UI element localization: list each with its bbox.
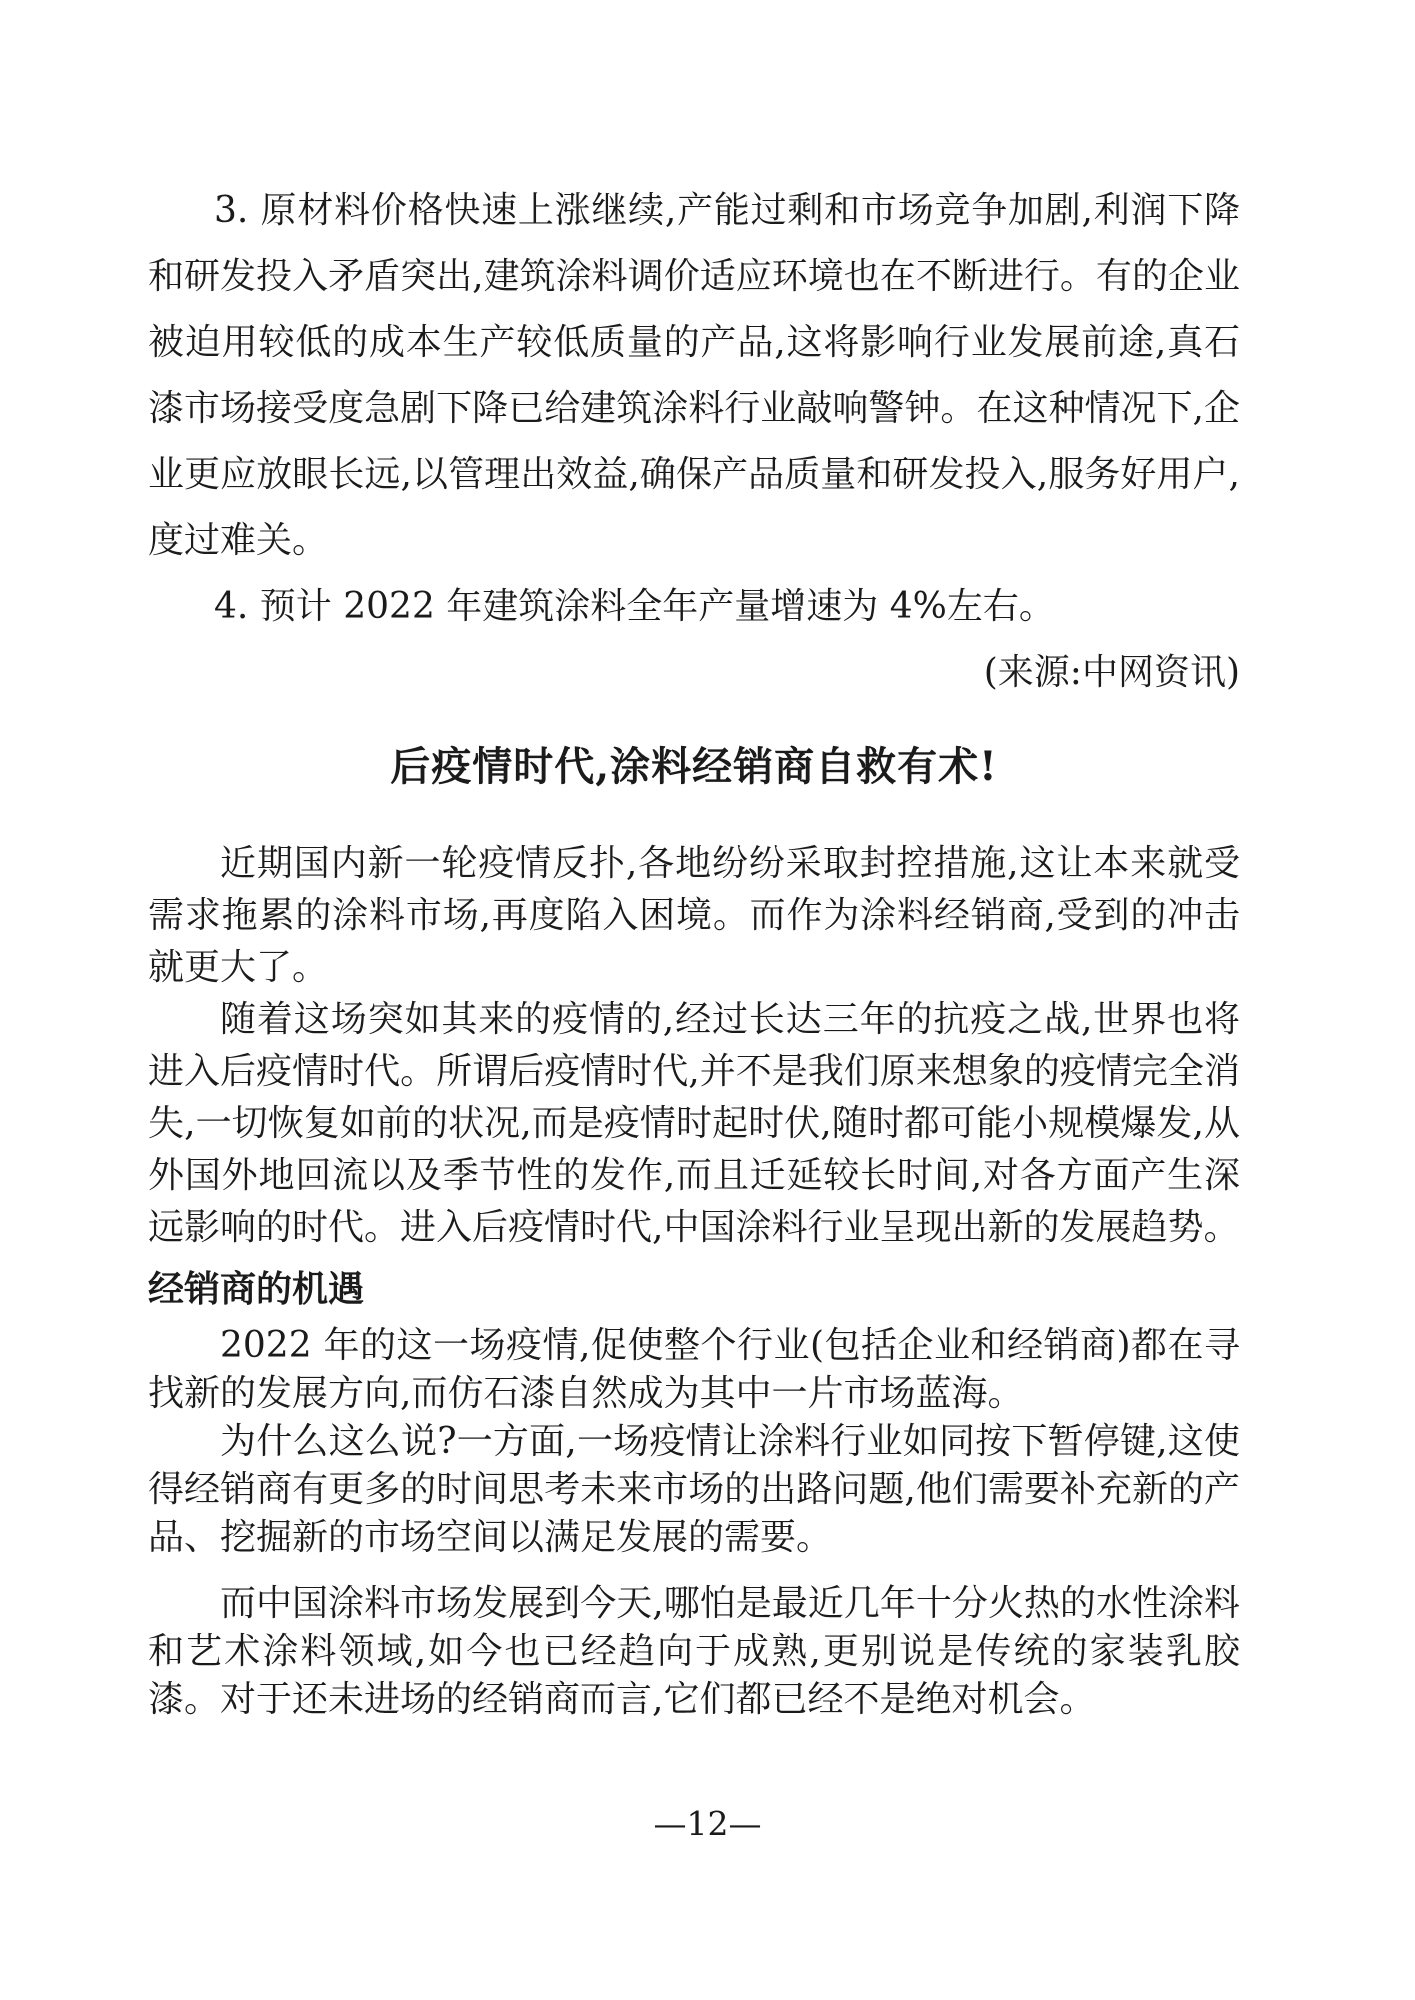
article-body-paragraph: 2022 年的这一场疫情,促使整个行业(包括企业和经销商)都在寻找新的发展方向,…	[148, 1322, 1240, 1418]
page-content: 3. 原材料价格快速上涨继续,产能过剩和市场竞争加剧,利润下降和研发投入矛盾突出…	[148, 178, 1240, 1724]
article-body-paragraph: 而中国涂料市场发展到今天,哪怕是最近几年十分火热的水性涂料和艺术涂料领域,如今也…	[148, 1580, 1240, 1724]
article-body-paragraph: 为什么这么说?一方面,一场疫情让涂料行业如同按下暂停键,这使得经销商有更多的时间…	[148, 1418, 1240, 1562]
section-subheading: 经销商的机遇	[148, 1264, 1240, 1316]
article-title: 后疫情时代,涂料经销商自救有术!	[148, 738, 1240, 796]
news-item-3: 3. 原材料价格快速上涨继续,产能过剩和市场竞争加剧,利润下降和研发投入矛盾突出…	[148, 178, 1240, 574]
page-number: —12—	[0, 1804, 1415, 1844]
news-item-4: 4. 预计 2022 年建筑涂料全年产量增速为 4%左右。	[148, 574, 1240, 640]
document-page: 3. 原材料价格快速上涨继续,产能过剩和市场竞争加剧,利润下降和研发投入矛盾突出…	[0, 0, 1415, 2000]
article-intro-paragraph: 近期国内新一轮疫情反扑,各地纷纷采取封控措施,这让本来就受需求拖累的涂料市场,再…	[148, 838, 1240, 994]
source-attribution: (来源:中网资讯)	[148, 640, 1240, 706]
article-intro-paragraph: 随着这场突如其来的疫情的,经过长达三年的抗疫之战,世界也将进入后疫情时代。所谓后…	[148, 994, 1240, 1254]
